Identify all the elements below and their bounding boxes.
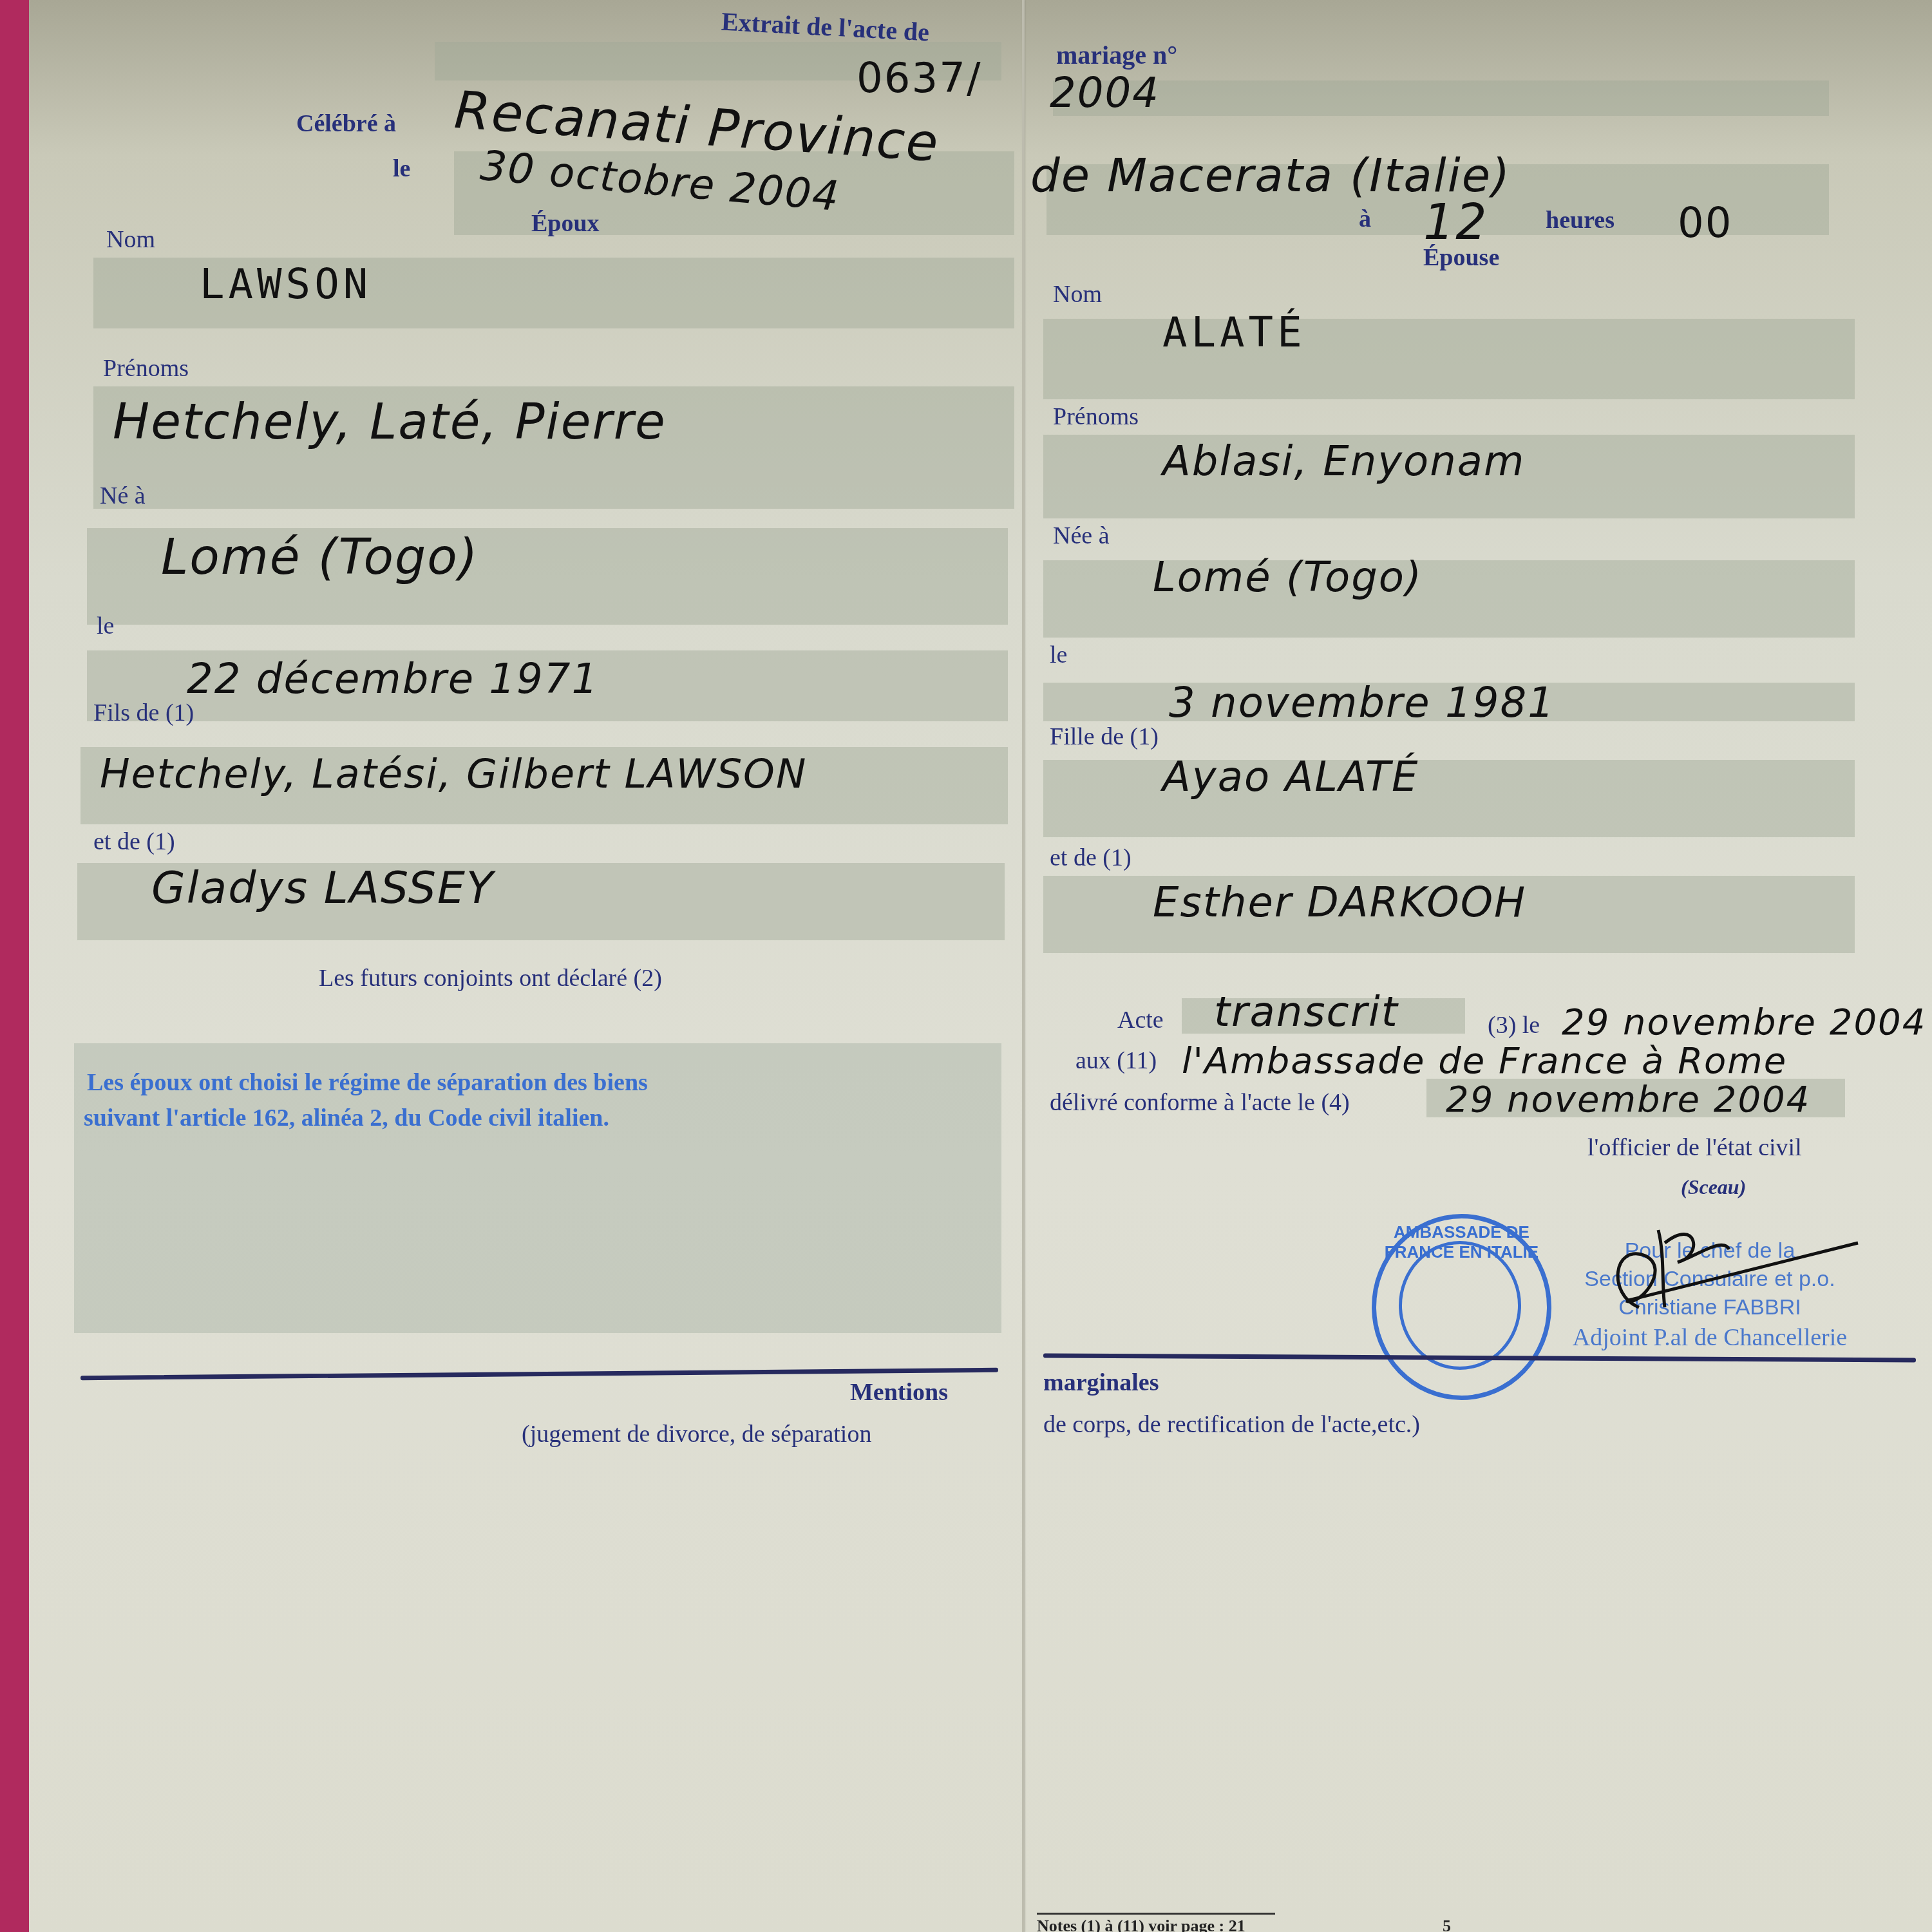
wife-nom-label: Nom: [1053, 280, 1102, 308]
regime-stamp-line-1: Les époux ont choisi le régime de sépara…: [87, 1069, 648, 1097]
wife-mother-label: et de (1): [1050, 844, 1132, 872]
mentions-desc-right: de corps, de rectification de l'acte,etc…: [1043, 1410, 1420, 1439]
seal-emblem-icon: [1399, 1241, 1521, 1370]
celebrated-at-label: Célébré à: [296, 109, 396, 138]
delivered-label: délivré conforme à l'acte le (4): [1050, 1088, 1350, 1117]
husband-mother-label: et de (1): [93, 828, 175, 856]
transcription-date-label: (3) le: [1488, 1011, 1540, 1039]
act-number: 0637/: [857, 55, 981, 102]
minutes-value: 00: [1678, 200, 1732, 247]
wife-birthdate-label: le: [1050, 641, 1067, 669]
husband-father: Hetchely, Latési, Gilbert LAWSON: [100, 750, 807, 797]
seal-label: (Sceau): [1681, 1175, 1746, 1199]
wife-prenoms: Ablasi, Enyonam: [1162, 438, 1525, 486]
acte-label: Acte: [1117, 1006, 1164, 1034]
marginales-title: marginales: [1043, 1368, 1159, 1397]
stamp-line-4: Adjoint P.al de Chancellerie: [1529, 1322, 1890, 1354]
wife-father: Ayao ALATÉ: [1162, 753, 1419, 801]
title-left: Extrait de l'acte de: [721, 6, 930, 48]
transcription-place-label: aux (11): [1075, 1046, 1157, 1075]
declaration-label: Les futurs conjoints ont déclaré (2): [319, 964, 662, 992]
husband-birthdate: 22 décembre 1971: [187, 656, 599, 703]
signature-icon: [1600, 1217, 1871, 1314]
delivered-date: 29 novembre 2004: [1446, 1079, 1810, 1121]
wife-nom: ALATÉ: [1162, 309, 1306, 357]
husband-father-label: Fils de (1): [93, 699, 194, 727]
footer-notes: Notes (1) à (11) voir page : 21: [1037, 1917, 1245, 1932]
certificate-page: Extrait de l'acte de mariage n° 0637/ 20…: [29, 0, 1932, 1932]
husband-birthplace-label: Né à: [100, 482, 146, 510]
officer-label: l'officier de l'état civil: [1587, 1133, 1802, 1162]
wife-father-label: Fille de (1): [1050, 723, 1159, 751]
act-year: 2004: [1050, 70, 1160, 117]
husband-mother: Gladys LASSEY: [151, 863, 495, 914]
celebration-date-label: le: [393, 155, 410, 183]
hours-label: heures: [1546, 206, 1615, 234]
footer-rule: [1037, 1913, 1275, 1915]
wife-mother: Esther DARKOOH: [1153, 879, 1526, 927]
title-right: mariage n°: [1056, 40, 1177, 70]
wife-birthplace: Lomé (Togo): [1153, 554, 1423, 601]
husband-prenoms: Hetchely, Laté, Pierre: [113, 393, 667, 450]
wife-birthdate: 3 novembre 1981: [1169, 679, 1555, 727]
husband-birthdate-label: le: [97, 612, 114, 640]
wife-section-title: Épouse: [1423, 243, 1499, 272]
hour-value: 12: [1423, 193, 1488, 251]
husband-prenoms-label: Prénoms: [103, 354, 189, 383]
husband-section-title: Époux: [531, 209, 600, 238]
mentions-desc-left: (jugement de divorce, de séparation: [522, 1420, 871, 1448]
transcription-date: 29 novembre 2004: [1562, 1001, 1926, 1043]
wife-birthplace-label: Née à: [1053, 522, 1110, 550]
husband-nom-label: Nom: [106, 225, 155, 254]
field-band: [1053, 80, 1829, 116]
transcription-place: l'Ambassade de France à Rome: [1182, 1040, 1787, 1082]
regime-stamp-line-2: suivant l'article 162, alinéa 2, du Code…: [84, 1104, 609, 1133]
embassy-seal: AMBASSADE DE FRANCE EN ITALIE: [1372, 1214, 1551, 1400]
mentions-title: Mentions: [850, 1378, 948, 1406]
page-fold: [1022, 0, 1025, 1932]
time-at-label: à: [1359, 205, 1371, 233]
husband-nom: LAWSON: [200, 261, 372, 308]
husband-birthplace: Lomé (Togo): [161, 528, 478, 585]
acte-value: transcrit: [1214, 989, 1399, 1036]
page-number: 5: [1443, 1917, 1451, 1932]
wife-prenoms-label: Prénoms: [1053, 402, 1139, 431]
